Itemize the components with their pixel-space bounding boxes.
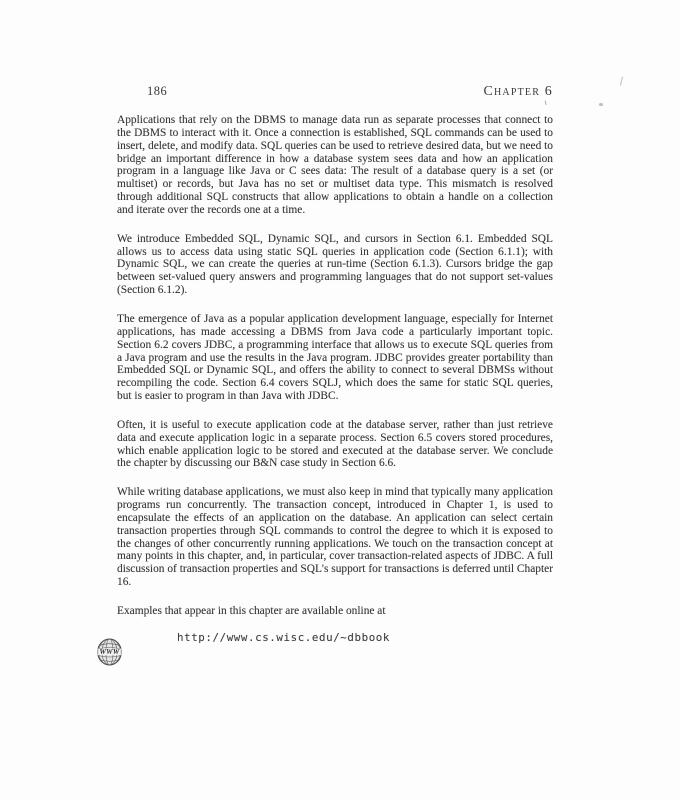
paragraph-transactions: While writing database applications, we … (117, 486, 553, 589)
scan-artifact (615, 75, 623, 85)
scan-artifact (599, 103, 603, 106)
paragraph-java-jdbc-sqlj: The emergence of Java as a popular appli… (117, 313, 553, 403)
online-url-text: http://www.cs.wisc.edu/~dbbook (177, 632, 553, 645)
page-number: 186 (147, 84, 167, 99)
chapter-heading: Chapter 6 (483, 84, 553, 100)
body-text-block: Applications that rely on the DBMS to ma… (117, 114, 553, 661)
online-availability-note: Examples that appear in this chapter are… (117, 605, 553, 618)
svg-text:WWW: WWW (99, 648, 119, 656)
www-globe-icon: WWW (96, 637, 123, 668)
running-head: 186 Chapter 6 (117, 84, 553, 100)
paragraph-embedded-sql-cursors: We introduce Embedded SQL, Dynamic SQL, … (117, 233, 553, 297)
paragraph-dbms-processes: Applications that rely on the DBMS to ma… (117, 114, 553, 217)
book-page: 186 Chapter 6 Applications that rely on … (0, 0, 680, 800)
paragraph-stored-procedures: Often, it is useful to execute applicati… (117, 419, 553, 470)
scan-artifact (545, 100, 550, 106)
globe-svg: WWW (96, 637, 123, 668)
